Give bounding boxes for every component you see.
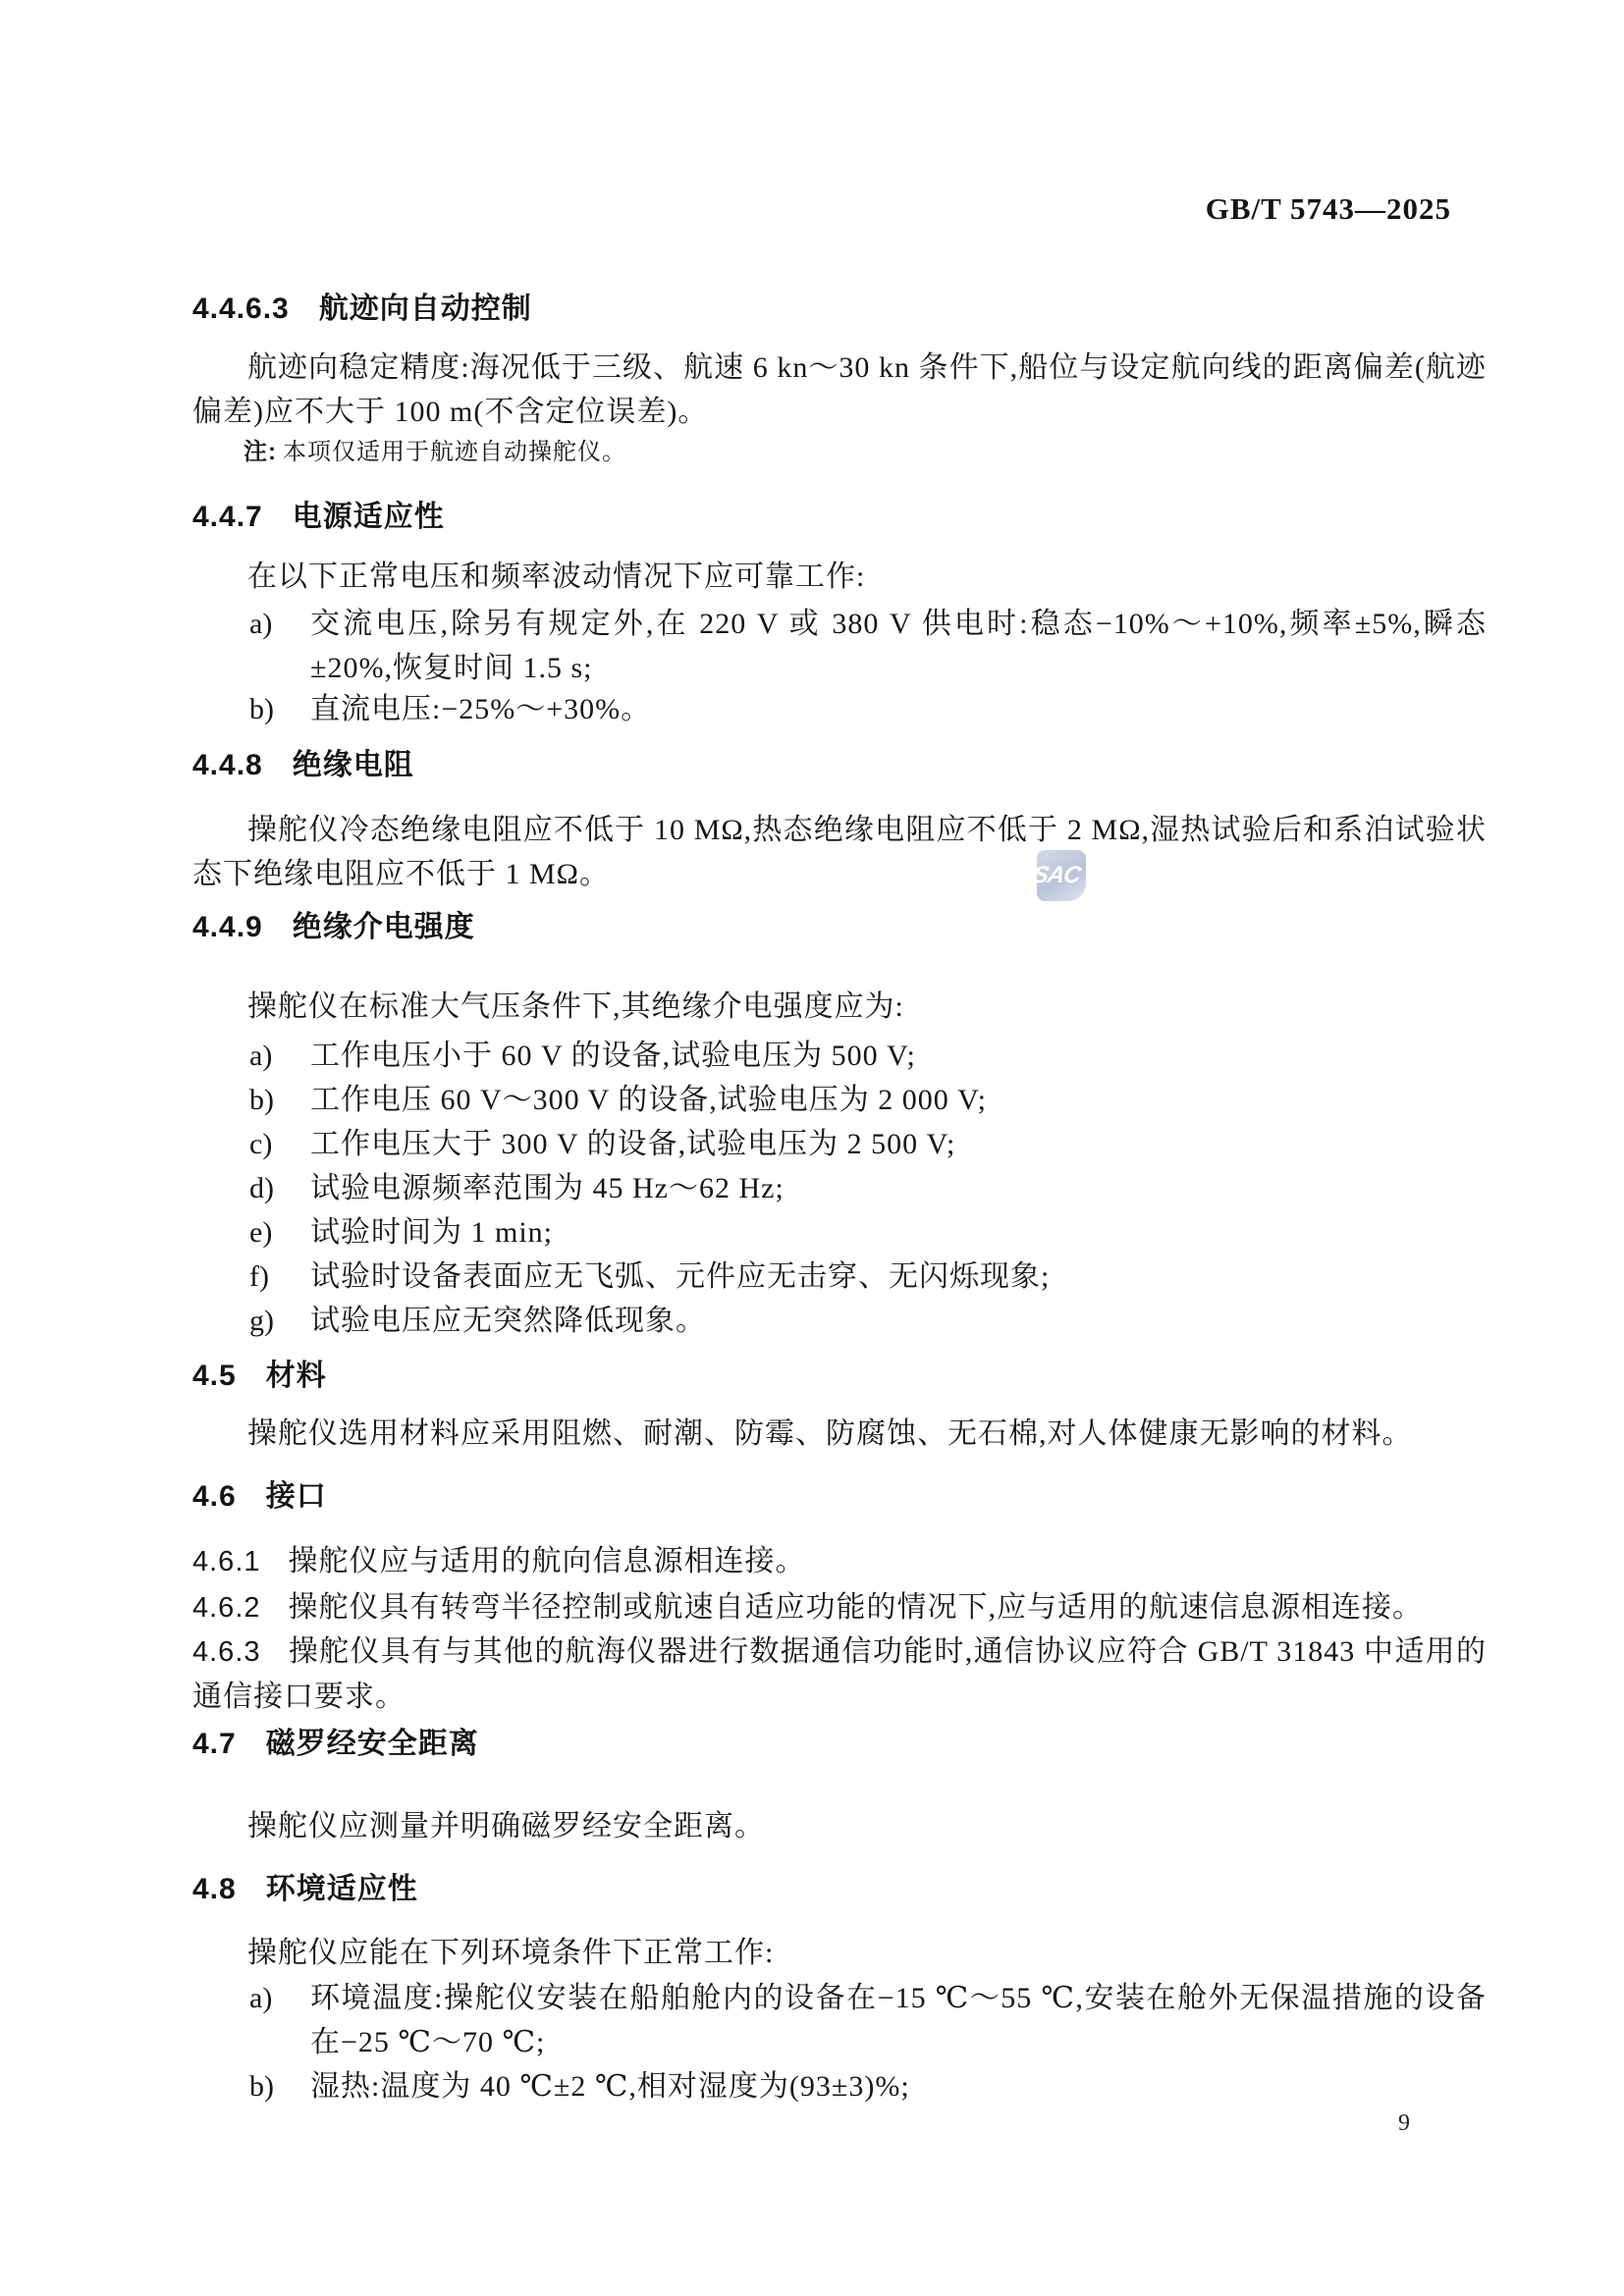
note-label: 注: xyxy=(244,439,277,465)
list-label: a) xyxy=(249,1976,272,2020)
section-heading-4-5: 4.5材料 xyxy=(192,1359,327,1394)
list-label: b) xyxy=(249,687,274,731)
sac-watermark: SAC xyxy=(1037,850,1086,901)
list-text: 湿热:温度为 40 ℃±2 ℃,相对湿度为(93±3)%; xyxy=(310,2070,910,2103)
section-heading-4-4-7: 4.4.7电源适应性 xyxy=(192,500,445,535)
list-text: 试验电压应无突然降低现象。 xyxy=(310,1305,706,1337)
list-text: 直流电压:−25%～+30%。 xyxy=(310,693,651,725)
list-label: b) xyxy=(249,1078,274,1122)
list-label: c) xyxy=(249,1122,272,1166)
sac-watermark-label: SAC xyxy=(1031,862,1083,889)
list-text: 工作电压小于 60 V 的设备,试验电压为 500 V; xyxy=(310,1040,916,1072)
paragraph-compass-distance: 操舵仪应测量并明确磁罗经安全距离。 xyxy=(192,1804,1487,1848)
subsection-text: 操舵仪具有转弯半径控制或航速自适应功能的情况下,应与适用的航速信息源相连接。 xyxy=(289,1591,1424,1624)
list-item: b)工作电压 60 V～300 V 的设备,试验电压为 2 000 V; xyxy=(192,1078,1487,1122)
note-paragraph: 注:本项仅适用于航迹自动操舵仪。 xyxy=(192,437,1487,468)
section-heading-4-6: 4.6接口 xyxy=(192,1479,327,1515)
list-label: a) xyxy=(249,1034,272,1078)
list-item: a)环境温度:操舵仪安装在船舶舱内的设备在−15 ℃～55 ℃,安装在舱外无保温… xyxy=(192,1976,1487,2064)
list-text: 交流电压,除另有规定外,在 220 V 或 380 V 供电时:稳态−10%～+… xyxy=(310,608,1487,684)
heading-number: 4.5 xyxy=(192,1359,237,1394)
heading-title: 绝缘电阻 xyxy=(293,749,414,781)
subsection-number: 4.6.1 xyxy=(192,1546,261,1577)
paragraph-dielectric-intro: 操舵仪在标准大气压条件下,其绝缘介电强度应为: xyxy=(192,985,1487,1029)
heading-title: 磁罗经安全距离 xyxy=(266,1728,479,1760)
list-label: b) xyxy=(249,2064,274,2109)
list-label: g) xyxy=(249,1299,274,1343)
list-item: b)直流电压:−25%～+30%。 xyxy=(192,687,1487,731)
list-text: 环境温度:操舵仪安装在船舶舱内的设备在−15 ℃～55 ℃,安装在舱外无保温措施… xyxy=(310,1982,1487,2058)
section-heading-4-4-9: 4.4.9绝缘介电强度 xyxy=(192,910,475,945)
paragraph-track-accuracy: 航迹向稳定精度:海况低于三级、航速 6 kn～30 kn 条件下,船位与设定航向… xyxy=(192,346,1487,434)
heading-title: 材料 xyxy=(266,1360,327,1392)
list-item: b)湿热:温度为 40 ℃±2 ℃,相对湿度为(93±3)%; xyxy=(192,2064,1487,2109)
subsection-paragraph-4-6-3: 4.6.3操舵仪具有与其他的航海仪器进行数据通信功能时,通信协议应符合 GB/T… xyxy=(192,1629,1487,1719)
list-label: f) xyxy=(249,1255,269,1299)
heading-number: 4.8 xyxy=(192,1872,237,1907)
note-text: 本项仅适用于航迹自动操舵仪。 xyxy=(283,440,626,465)
heading-title: 绝缘介电强度 xyxy=(293,911,475,943)
document-page: GB/T 5743—2025 4.4.6.3航迹向自动控制 航迹向稳定精度:海况… xyxy=(0,0,1624,2296)
list-item: f)试验时设备表面应无飞弧、元件应无击穿、无闪烁现象; xyxy=(192,1255,1487,1299)
heading-number: 4.4.7 xyxy=(192,500,263,535)
section-heading-4-7: 4.7磁罗经安全距离 xyxy=(192,1727,479,1762)
heading-number: 4.4.6.3 xyxy=(192,292,290,327)
list-item: a)交流电压,除另有规定外,在 220 V 或 380 V 供电时:稳态−10%… xyxy=(192,602,1487,690)
subsection-text: 操舵仪具有与其他的航海仪器进行数据通信功能时,通信协议应符合 GB/T 3184… xyxy=(192,1635,1487,1713)
heading-title: 接口 xyxy=(266,1480,327,1513)
heading-title: 电源适应性 xyxy=(293,501,445,533)
list-item: a)工作电压小于 60 V 的设备,试验电压为 500 V; xyxy=(192,1034,1487,1078)
heading-number: 4.4.8 xyxy=(192,748,263,783)
list-text: 试验时设备表面应无飞弧、元件应无击穿、无闪烁现象; xyxy=(310,1260,1050,1293)
list-text: 试验时间为 1 min; xyxy=(310,1216,553,1249)
list-label: a) xyxy=(249,602,272,646)
list-text: 试验电源频率范围为 45 Hz～62 Hz; xyxy=(310,1172,785,1204)
list-item: g)试验电压应无突然降低现象。 xyxy=(192,1299,1487,1343)
paragraph-environment-intro: 操舵仪应能在下列环境条件下正常工作: xyxy=(192,1931,1487,1975)
section-heading-4-8: 4.8环境适应性 xyxy=(192,1872,418,1907)
subsection-text: 操舵仪应与适用的航向信息源相连接。 xyxy=(289,1545,806,1577)
list-label: d) xyxy=(249,1166,274,1210)
subsection-paragraph-4-6-1: 4.6.1操舵仪应与适用的航向信息源相连接。 xyxy=(192,1539,1487,1584)
heading-title: 环境适应性 xyxy=(266,1873,418,1905)
section-heading-4-4-6-3: 4.4.6.3航迹向自动控制 xyxy=(192,292,532,327)
standard-code: GB/T 5743—2025 xyxy=(1206,191,1451,227)
page-number: 9 xyxy=(1398,2110,1410,2137)
list-text: 工作电压大于 300 V 的设备,试验电压为 2 500 V; xyxy=(310,1128,955,1160)
paragraph-insulation-resistance: 操舵仪冷态绝缘电阻应不低于 10 MΩ,热态绝缘电阻应不低于 2 MΩ,湿热试验… xyxy=(192,808,1487,896)
subsection-number: 4.6.3 xyxy=(192,1636,261,1668)
heading-title: 航迹向自动控制 xyxy=(319,293,532,325)
subsection-number: 4.6.2 xyxy=(192,1592,261,1624)
heading-number: 4.6 xyxy=(192,1479,237,1515)
paragraph-power-intro: 在以下正常电压和频率波动情况下应可靠工作: xyxy=(192,555,1487,599)
subsection-paragraph-4-6-2: 4.6.2操舵仪具有转弯半径控制或航速自适应功能的情况下,应与适用的航速信息源相… xyxy=(192,1585,1487,1630)
list-item: e)试验时间为 1 min; xyxy=(192,1210,1487,1255)
list-item: c)工作电压大于 300 V 的设备,试验电压为 2 500 V; xyxy=(192,1122,1487,1166)
heading-number: 4.7 xyxy=(192,1727,237,1762)
list-text: 工作电压 60 V～300 V 的设备,试验电压为 2 000 V; xyxy=(310,1084,987,1116)
list-item: d)试验电源频率范围为 45 Hz～62 Hz; xyxy=(192,1166,1487,1210)
section-heading-4-4-8: 4.4.8绝缘电阻 xyxy=(192,748,414,783)
list-label: e) xyxy=(249,1210,272,1255)
paragraph-materials: 操舵仪选用材料应采用阻燃、耐潮、防霉、防腐蚀、无石棉,对人体健康无影响的材料。 xyxy=(192,1412,1487,1456)
heading-number: 4.4.9 xyxy=(192,910,263,945)
